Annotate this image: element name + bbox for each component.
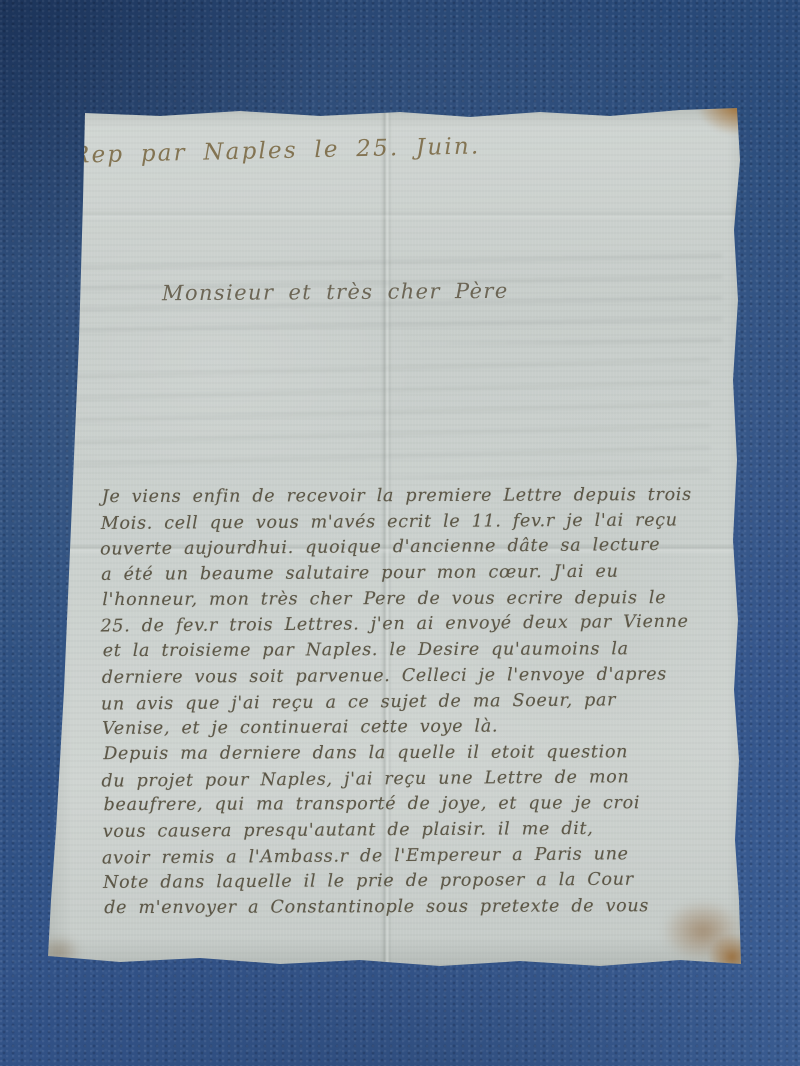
handwritten-line: Depuis ma derniere dans la quelle il eto… — [103, 740, 723, 768]
handwritten-line: Venise, et je continuerai cette voye là. — [102, 713, 722, 742]
foxing-stain-top-right — [696, 94, 754, 136]
docket-annotation: Rep par Naples le 25. Juin. — [72, 133, 481, 168]
handwritten-line: un avis que j'ai reçu a ce sujet de ma S… — [101, 687, 721, 718]
handwritten-line: avoir remis a l'Ambass.r de l'Empereur a… — [102, 841, 722, 872]
handwritten-line: a été un beaume salutaire pour mon cœur.… — [101, 559, 721, 588]
foxing-stain-right-mid — [738, 390, 750, 424]
handwritten-line: Note dans laquelle il le prie de propose… — [103, 867, 723, 896]
manuscript-letter-page: Rep par Naples le 25. Juin. Monsieur et … — [40, 100, 748, 972]
upper-fold-crease — [40, 210, 748, 220]
handwritten-line: beaufrere, qui ma transporté de joye, et… — [104, 791, 724, 819]
letter-body: Je viens enfin de recevoir la premiere L… — [101, 482, 724, 922]
handwritten-line: Je viens enfin de recevoir la premiere L… — [102, 483, 722, 511]
handwritten-line: vous causera presqu'autant de plaisir. i… — [103, 816, 723, 845]
handwritten-line: 25. de fev.r trois Lettres. j'en ai envo… — [100, 610, 720, 641]
foxing-stain-corner — [708, 934, 756, 980]
handwritten-line: derniere vous soit parvenue. Celleci je … — [102, 662, 722, 691]
foxing-stain-bottom-left — [36, 934, 82, 970]
foxing-stain-right-upper — [734, 188, 750, 240]
handwritten-line: du projet pour Naples, j'ai reçu une Let… — [101, 764, 721, 795]
handwritten-line: de m'envoyer a Constantinople sous prete… — [104, 894, 724, 922]
salutation-line: Monsieur et très cher Père — [162, 279, 509, 305]
ink-showthrough-lower — [70, 356, 710, 478]
photo-scene: Rep par Naples le 25. Juin. Monsieur et … — [0, 0, 800, 1066]
handwritten-line: et la troisieme par Naples. le Desire qu… — [103, 637, 723, 665]
